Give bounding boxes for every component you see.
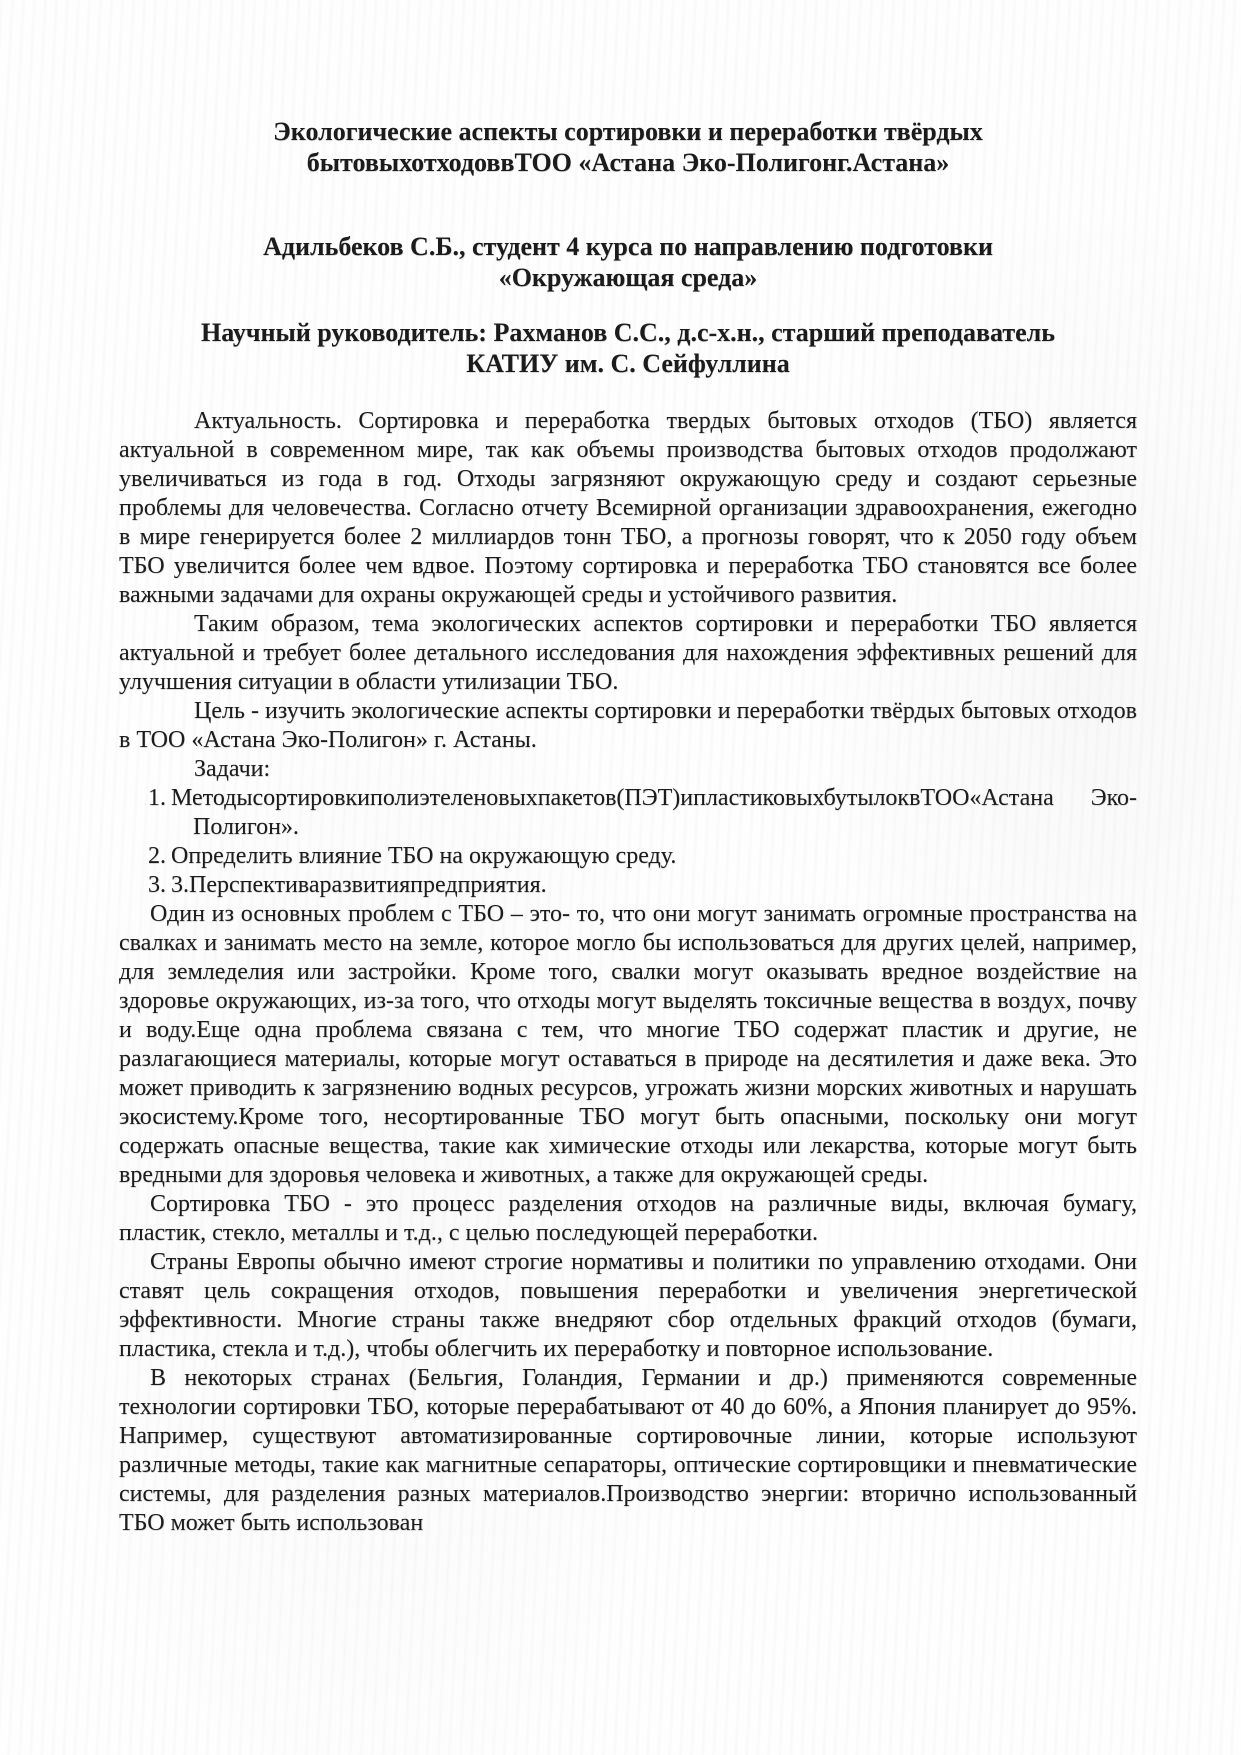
task-number: 2. <box>148 843 166 869</box>
document-title: Экологические аспекты сортировки и перер… <box>119 116 1137 178</box>
paragraph-countries-tech: В некоторых странах (Бельгия, Голандия, … <box>119 1364 1137 1538</box>
paragraph-goal: Цель - изучить экологические аспекты сор… <box>119 697 1137 755</box>
paragraph-conclusion: Таким образом, тема экологических аспект… <box>119 610 1137 697</box>
tasks-label: Задачи: <box>119 755 1137 784</box>
document-page: Экологические аспекты сортировки и перер… <box>0 0 1241 1755</box>
author-line-2: «Окружающая среда» <box>119 262 1137 293</box>
task-item-1: 1.Методысортировкиполиэтеленовыхпакетов(… <box>119 784 1137 842</box>
paragraph-europe: Страны Европы обычно имеют строгие норма… <box>119 1248 1137 1364</box>
task-text: 3.Перспективаразвитияпредприятия. <box>171 872 547 898</box>
task-number: 3. <box>148 872 166 898</box>
task-item-3: 3.3.Перспективаразвитияпредприятия. <box>119 871 1137 900</box>
supervisor-line-2: КАТИУ им. С. Сейфуллина <box>119 348 1137 379</box>
paragraph-sorting-definition: Сортировка ТБО - это процесс разделения … <box>119 1190 1137 1248</box>
document-body: Актуальность. Сортировка и переработка т… <box>119 407 1137 1538</box>
document-title-line-1: Экологические аспекты сортировки и перер… <box>119 116 1137 147</box>
task-text: Определить влияние ТБО на окружающую сре… <box>171 843 676 869</box>
paragraph-problems: Один из основных проблем с ТБО – это- то… <box>119 900 1137 1190</box>
task-item-2: 2.Определить влияние ТБО на окружающую с… <box>119 842 1137 871</box>
document-content: Экологические аспекты сортировки и перер… <box>119 0 1137 1538</box>
document-title-line-2: бытовыхотходоввТОО «Астана Эко-Полигонг.… <box>119 147 1137 178</box>
supervisor-line-1: Научный руководитель: Рахманов С.С., д.с… <box>119 317 1137 348</box>
task-number: 1. <box>148 785 166 811</box>
supervisor-block: Научный руководитель: Рахманов С.С., д.с… <box>119 317 1137 379</box>
author-block: Адильбеков С.Б., студент 4 курса по напр… <box>119 231 1137 293</box>
author-line-1: Адильбеков С.Б., студент 4 курса по напр… <box>119 231 1137 262</box>
task-text: Методысортировкиполиэтеленовыхпакетов(ПЭ… <box>171 785 1137 840</box>
paragraph-actuality: Актуальность. Сортировка и переработка т… <box>119 407 1137 610</box>
